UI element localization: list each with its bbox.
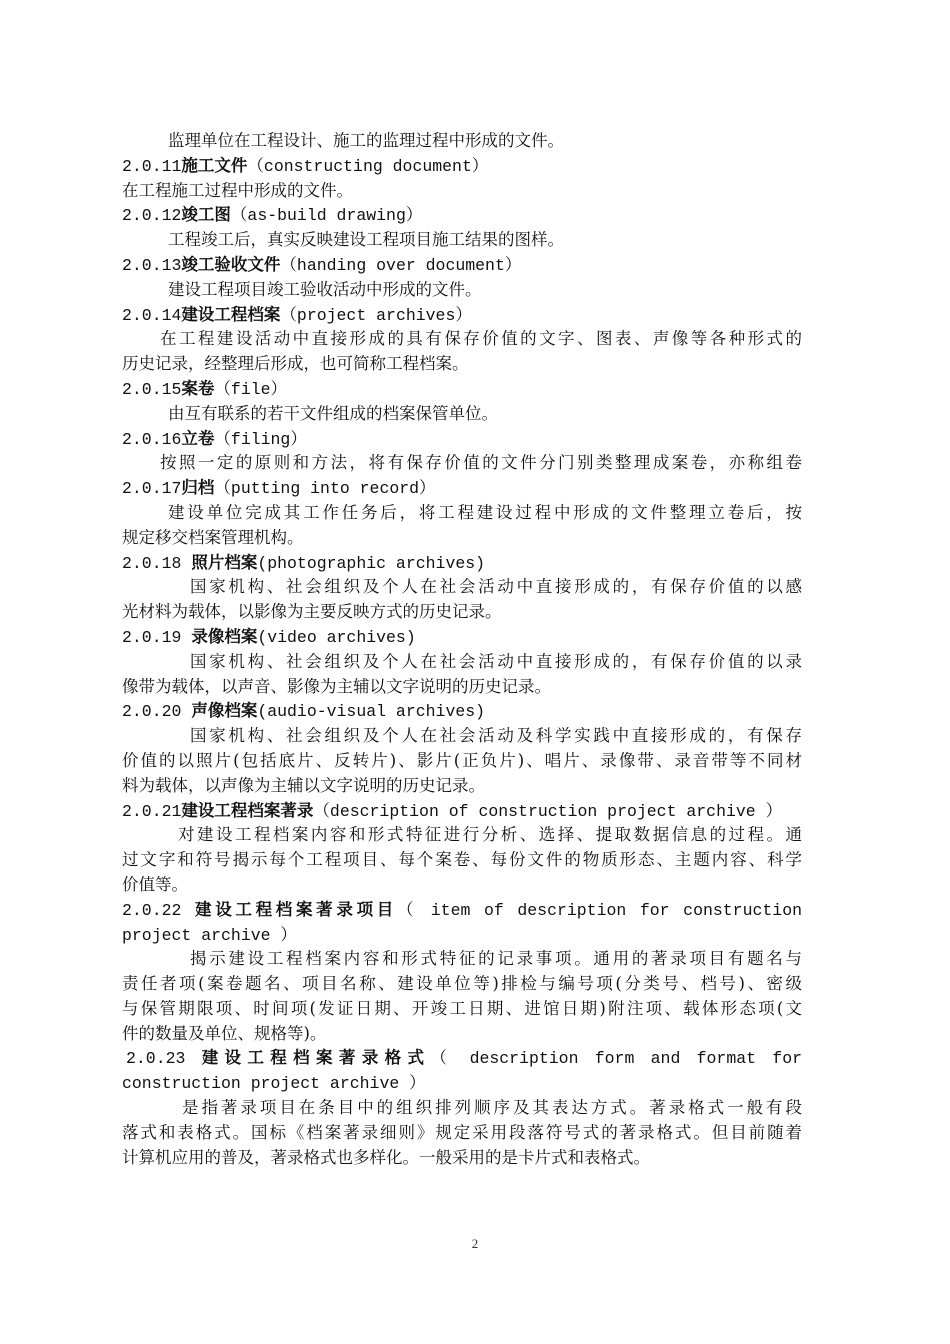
paragraph-line: 由互有联系的若干文件组成的档案保管单位。 (122, 402, 802, 427)
term-number: 2.0.21 (122, 802, 181, 821)
paragraph-line: 建设单位完成其工作任务后，将工程建设过程中形成的文件整理立卷后，按 (122, 501, 802, 526)
term-heading: project archive ） (122, 923, 802, 948)
page-number: 2 (0, 1236, 950, 1252)
term-title-zh: 建设工程档案著录格式 (202, 1048, 431, 1067)
term-title-en: （project archives） (280, 306, 471, 325)
term-heading: 2.0.23 建设工程档案著录格式（ description form and … (122, 1046, 802, 1071)
paragraph-line: 责任者项(案卷题名、项目名称、建设单位等)排检与编号项(分类号、档号)、密级 (122, 972, 802, 997)
term-title-en: （file） (214, 380, 287, 399)
term-heading: 2.0.22 建设工程档案著录项目（ item of description f… (122, 898, 802, 923)
paragraph-line: 落式和表格式。国标《档案著录细则》规定采用段落符号式的著录格式。但目前随着 (122, 1121, 802, 1146)
term-title-en: （filing） (214, 430, 306, 449)
term-heading: construction project archive ） (122, 1071, 802, 1096)
term-number: 2.0.19 (122, 628, 191, 647)
term-title-zh: 立卷 (181, 429, 214, 448)
paragraph-line: 规定移交档案管理机构。 (122, 526, 802, 551)
term-number: 2.0.17 (122, 479, 181, 498)
paragraph-line: 对建设工程档案内容和形式特征进行分析、选择、提取数据信息的过程。通 (122, 823, 802, 848)
term-heading: 2.0.18 照片档案(photographic archives) (122, 551, 802, 576)
paragraph-line: 国家机构、社会组织及个人在社会活动中直接形成的，有保存价值的以感 (122, 575, 802, 600)
paragraph-line: 国家机构、社会组织及个人在社会活动及科学实践中直接形成的，有保存 (122, 724, 802, 749)
term-title-zh: 录像档案 (191, 627, 257, 646)
term-title-zh: 归档 (181, 478, 214, 497)
paragraph-line: 监理单位在工程设计、施工的监理过程中形成的文件。 (122, 129, 802, 154)
term-heading: 2.0.11施工文件（constructing document） (122, 154, 802, 179)
term-title-zh: 照片档案 (191, 553, 257, 572)
term-title-zh: 案卷 (181, 379, 214, 398)
term-title-zh: 建设工程档案著录项目 (195, 900, 397, 919)
term-number: 2.0.23 (126, 1049, 202, 1068)
term-heading: 2.0.17归档（putting into record） (122, 476, 802, 501)
term-title-en: construction project archive ） (122, 1074, 426, 1093)
paragraph-line: 光材料为载体，以影像为主要反映方式的历史记录。 (122, 600, 802, 625)
term-title-en: (video archives) (257, 628, 415, 647)
term-title-zh: 建设工程档案著录 (181, 801, 313, 820)
term-title-en: project archive ） (122, 926, 297, 945)
paragraph-line: 工程竣工后，真实反映建设工程项目施工结果的图样。 (122, 228, 802, 253)
paragraph-line: 价值的以照片(包括底片、反转片)、影片(正负片)、唱片、录像带、录音带等不同材 (122, 749, 802, 774)
term-number: 2.0.18 (122, 554, 191, 573)
term-title-zh: 声像档案 (191, 701, 257, 720)
paragraph-line: 价值等。 (122, 873, 802, 898)
paragraph-line: 与保管期限项、时间项(发证日期、开竣工日期、进馆日期)附注项、载体形态项(文 (122, 997, 802, 1022)
paragraph-line: 建设工程项目竣工验收活动中形成的文件。 (122, 278, 802, 303)
term-title-en: （handing over document） (280, 256, 521, 275)
paragraph-line: 件的数量及单位、规格等)。 (122, 1022, 802, 1047)
term-title-en: （as-build drawing） (231, 206, 422, 225)
paragraph-line: 在工程建设活动中直接形成的具有保存价值的文字、图表、声像等各种形式的 (122, 327, 802, 352)
paragraph-line: 历史记录，经整理后形成，也可简称工程档案。 (122, 352, 802, 377)
document-page: 监理单位在工程设计、施工的监理过程中形成的文件。2.0.11施工文件（const… (122, 129, 802, 1170)
term-heading: 2.0.12竣工图（as-build drawing） (122, 203, 802, 228)
term-title-en: （ item of description for construction (397, 901, 802, 920)
term-number: 2.0.12 (122, 206, 181, 225)
term-title-en: （putting into record） (214, 479, 435, 498)
term-heading: 2.0.15案卷（file） (122, 377, 802, 402)
paragraph-line: 料为载体，以声像为主辅以文字说明的历史记录。 (122, 774, 802, 799)
term-number: 2.0.14 (122, 306, 181, 325)
term-title-zh: 竣工图 (181, 205, 231, 224)
term-title-zh: 施工文件 (181, 156, 247, 175)
paragraph-line: 计算机应用的普及，著录格式也多样化。一般采用的是卡片式和表格式。 (122, 1146, 802, 1171)
paragraph-line: 国家机构、社会组织及个人在社会活动中直接形成的，有保存价值的以录 (122, 650, 802, 675)
paragraph-line: 像带为载体，以声音、影像为主辅以文字说明的历史记录。 (122, 675, 802, 700)
term-number: 2.0.11 (122, 157, 181, 176)
term-heading: 2.0.13竣工验收文件（handing over document） (122, 253, 802, 278)
paragraph-line: 按照一定的原则和方法，将有保存价值的文件分门别类整理成案卷，亦称组卷 (122, 451, 802, 476)
term-title-en: (photographic archives) (257, 554, 485, 573)
term-heading: 2.0.16立卷（filing） (122, 427, 802, 452)
term-title-en: （constructing document） (247, 157, 488, 176)
term-title-zh: 竣工验收文件 (181, 255, 280, 274)
term-heading: 2.0.20 声像档案(audio-visual archives) (122, 699, 802, 724)
term-number: 2.0.16 (122, 430, 181, 449)
paragraph-line: 在工程施工过程中形成的文件。 (122, 179, 802, 204)
term-title-en: （ description form and format for (430, 1049, 802, 1068)
term-number: 2.0.22 (122, 901, 195, 920)
term-title-en: （description of construction project arc… (313, 802, 782, 821)
term-heading: 2.0.19 录像档案(video archives) (122, 625, 802, 650)
term-title-zh: 建设工程档案 (181, 305, 280, 324)
term-number: 2.0.15 (122, 380, 181, 399)
paragraph-line: 过文字和符号揭示每个工程项目、每个案卷、每份文件的物质形态、主题内容、科学 (122, 848, 802, 873)
term-heading: 2.0.14建设工程档案（project archives） (122, 303, 802, 328)
term-number: 2.0.13 (122, 256, 181, 275)
term-heading: 2.0.21建设工程档案著录（description of constructi… (122, 799, 802, 824)
paragraph-line: 是指著录项目在条目中的组织排列顺序及其表达方式。著录格式一般有段 (122, 1096, 802, 1121)
term-title-en: (audio-visual archives) (257, 702, 485, 721)
paragraph-line: 揭示建设工程档案内容和形式特征的记录事项。通用的著录项目有题名与 (122, 947, 802, 972)
term-number: 2.0.20 (122, 702, 191, 721)
